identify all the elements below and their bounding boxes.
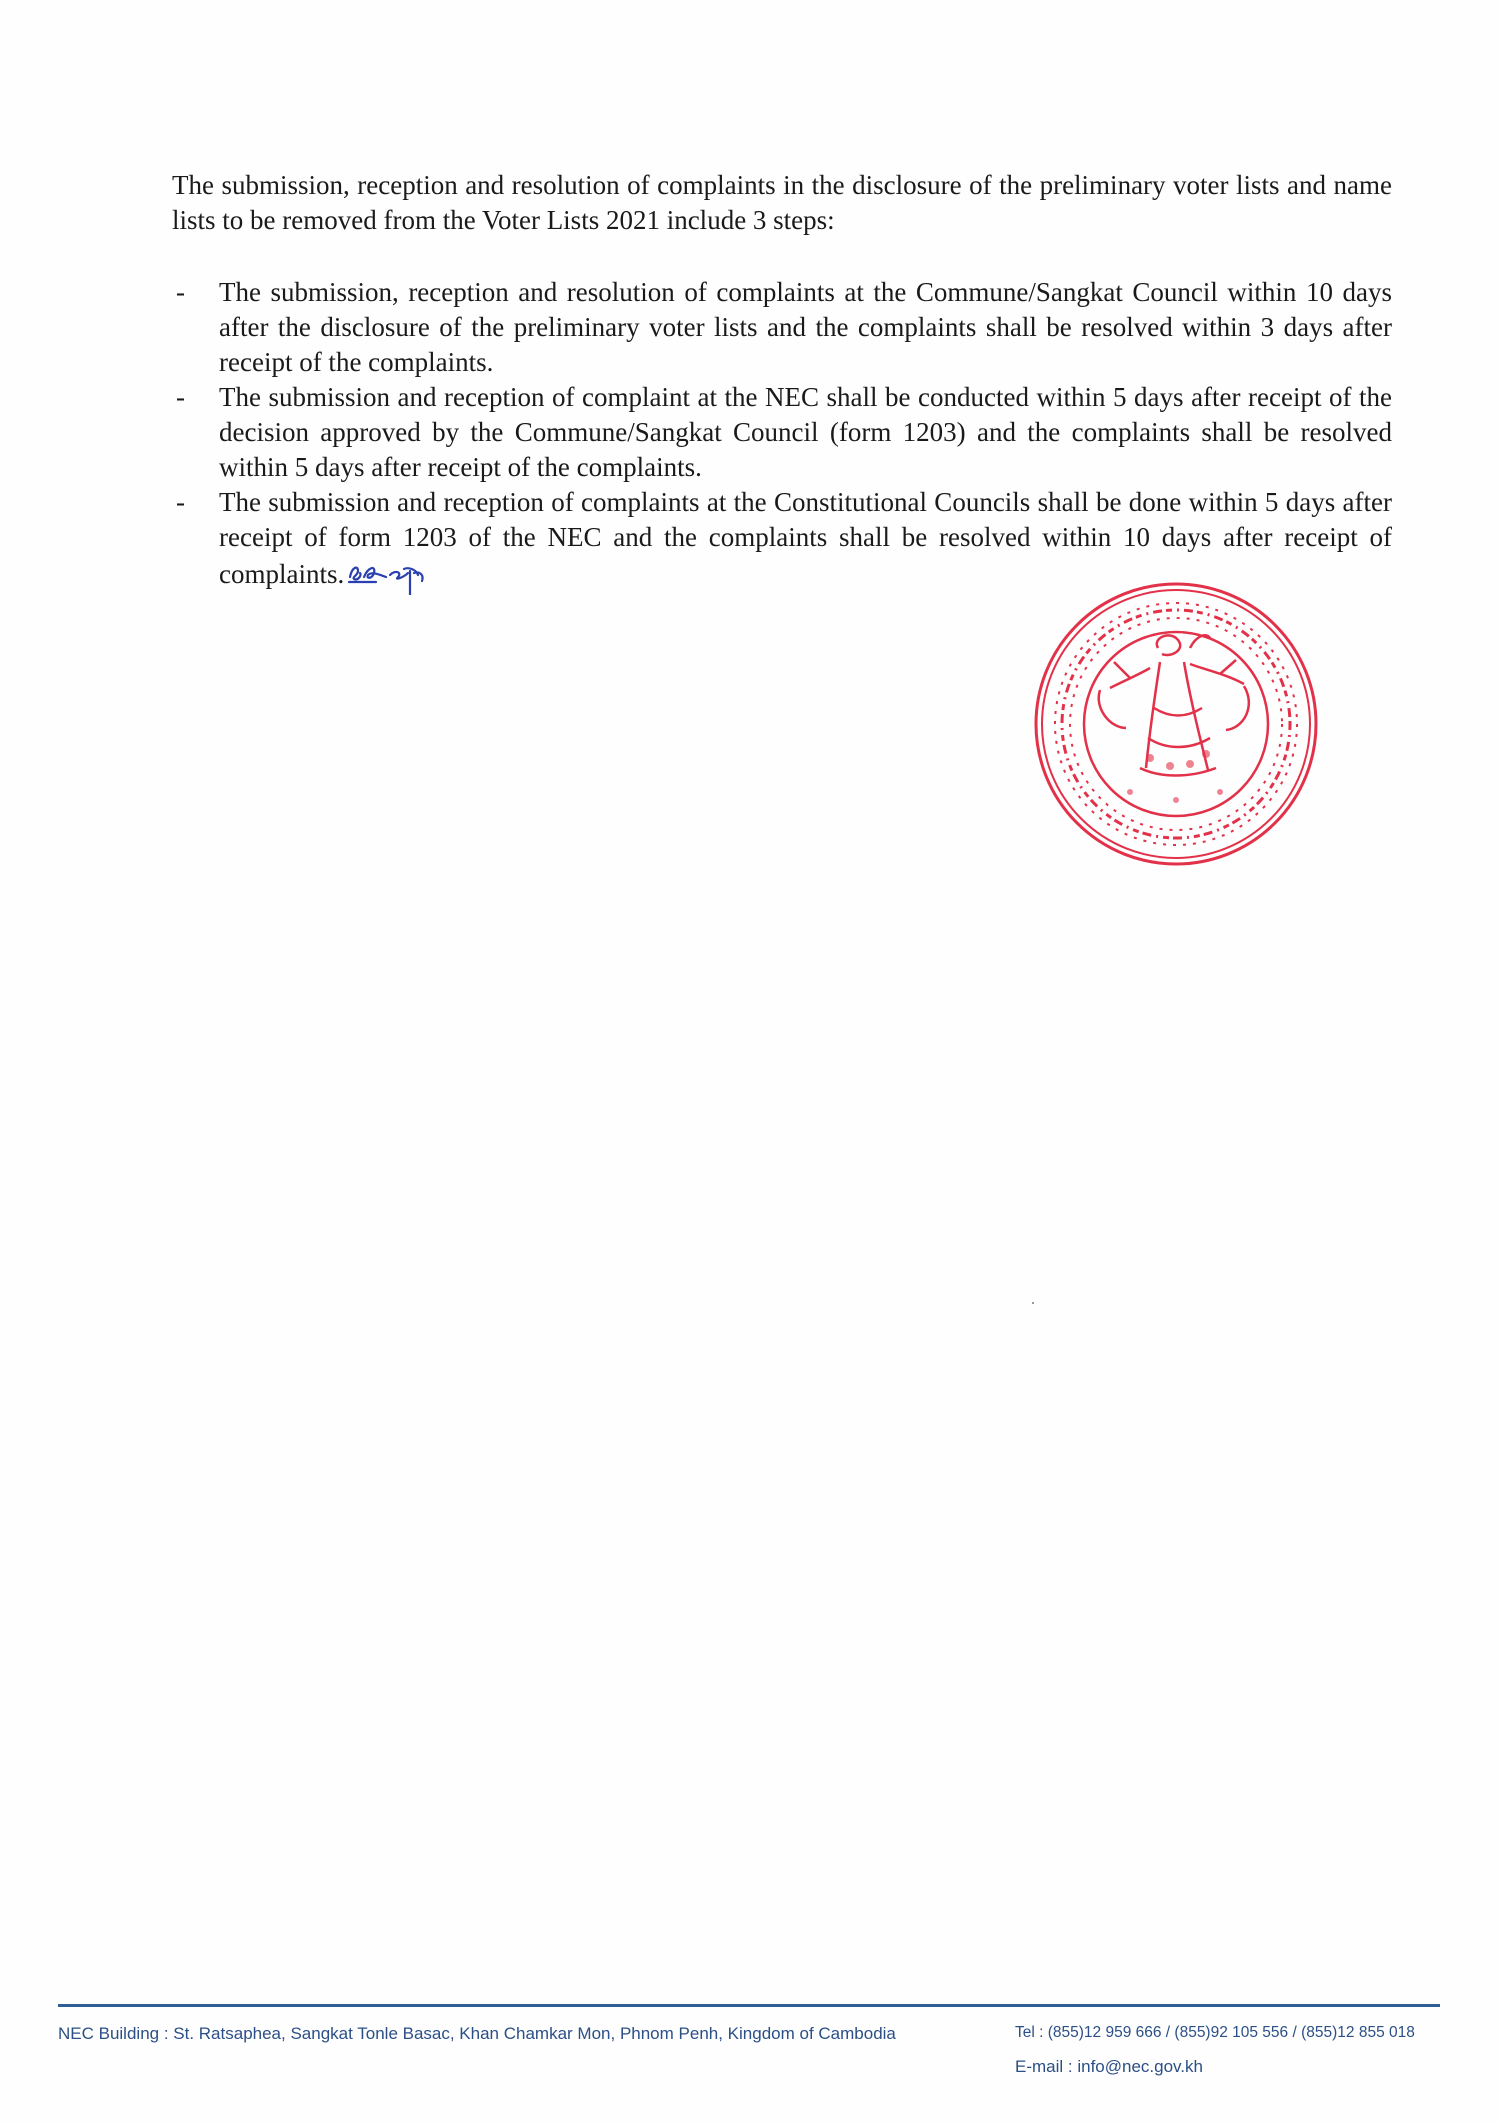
bullet-dash: - — [176, 275, 185, 310]
handwritten-initials-icon — [346, 555, 446, 595]
footer-telephone: Tel : (855)12 959 666 / (855)92 105 556 … — [1015, 2024, 1415, 2042]
footer-email: E-mail : info@nec.gov.kh — [1015, 2057, 1203, 2077]
scan-speck — [1032, 1302, 1034, 1304]
official-seal-stamp-icon — [1030, 578, 1322, 870]
footer-divider — [58, 2004, 1440, 2007]
list-item: - The submission, reception and resoluti… — [172, 275, 1392, 380]
footer-address: NEC Building : St. Ratsaphea, Sangkat To… — [58, 2024, 896, 2044]
document-page: The submission, reception and resolution… — [0, 0, 1500, 2122]
step-text: The submission, reception and resolution… — [219, 277, 1392, 377]
bullet-dash: - — [176, 380, 185, 415]
steps-list: - The submission, reception and resoluti… — [172, 275, 1392, 595]
step-text: The submission and reception of complain… — [219, 382, 1392, 482]
bullet-dash: - — [176, 485, 185, 520]
list-item: - The submission and reception of compla… — [172, 380, 1392, 485]
intro-paragraph: The submission, reception and resolution… — [172, 168, 1392, 238]
